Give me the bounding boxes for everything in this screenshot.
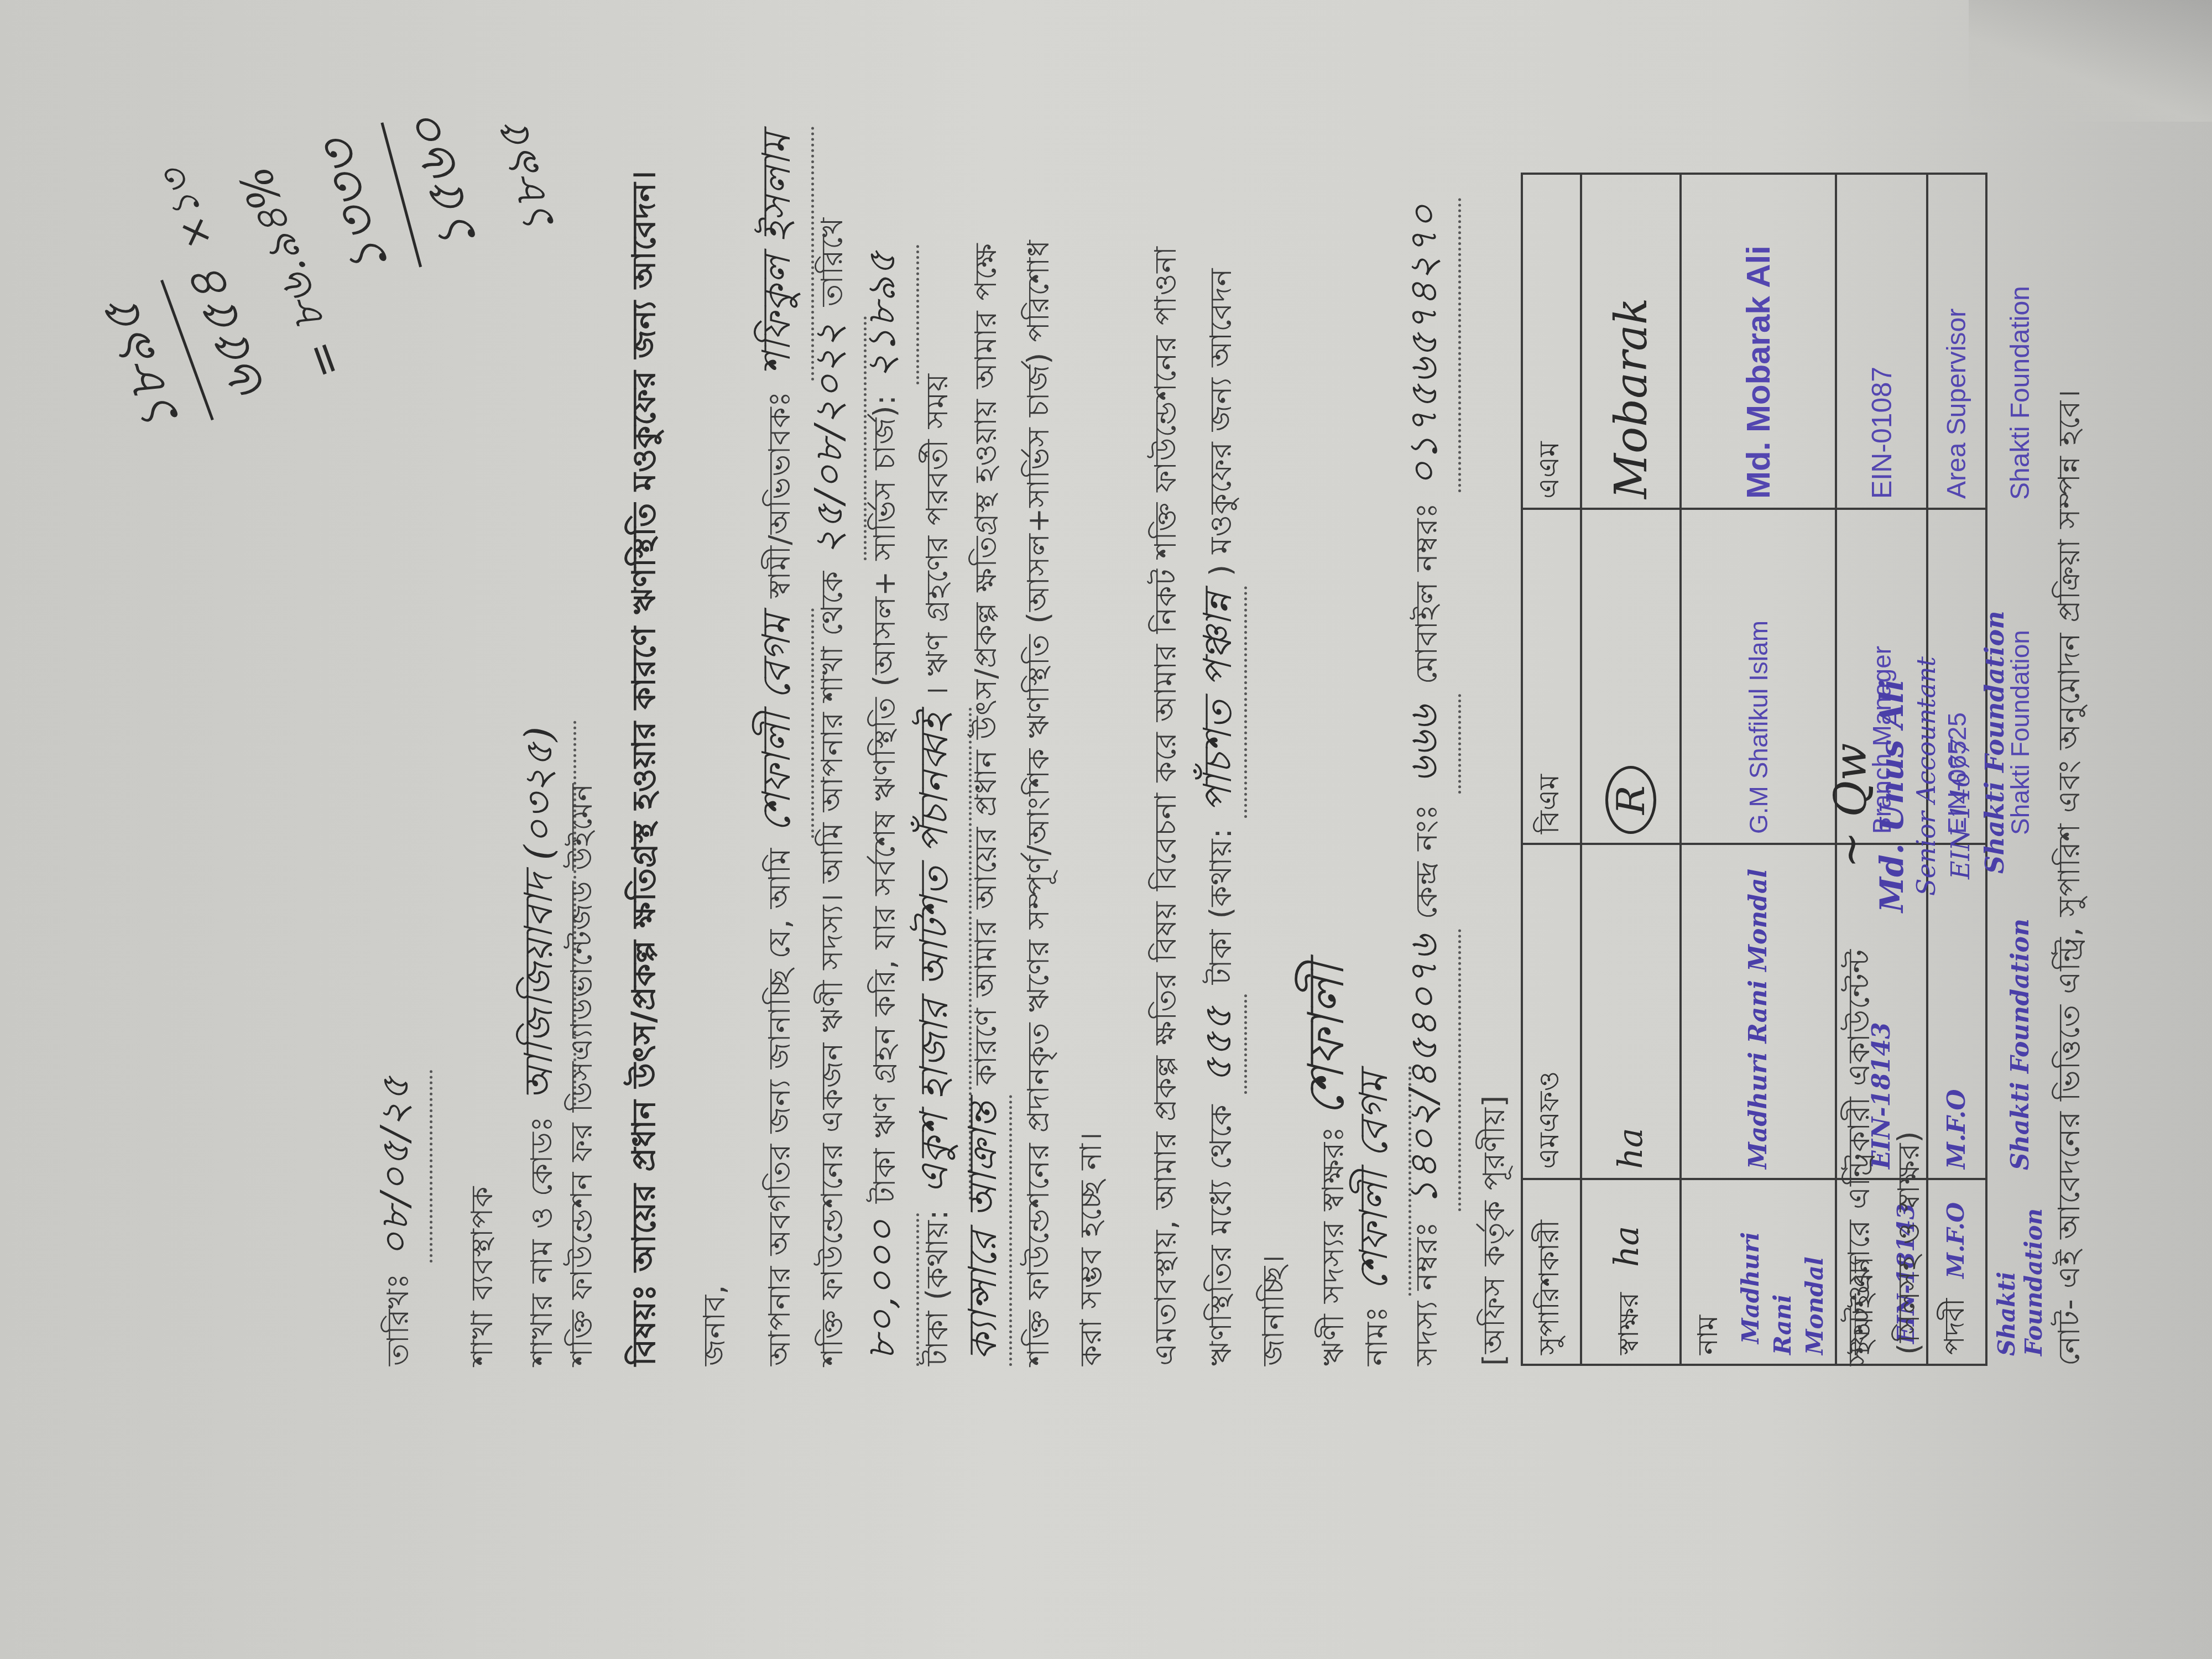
recommender-org: Shakti Foundation xyxy=(1986,1179,2053,1365)
para-text: টাকা ঋণ গ্রহন করি, যার সর্বশেষ ঋণস্থিতি … xyxy=(867,394,902,1203)
recommender-designation: M.F.O xyxy=(1942,1202,1969,1279)
accountant-name: Md. Unus Ali xyxy=(1875,611,1909,912)
accountant-org: Shakti Foundation xyxy=(1978,611,2012,912)
am-signature: Mobarak xyxy=(1581,174,1681,509)
center-label: কেন্দ্র নংঃ xyxy=(1409,804,1444,920)
header-bm: বিএম xyxy=(1522,509,1581,844)
accountant-sub-label: (সিলসহ ও স্বাক্ষর) xyxy=(1886,1130,1936,1355)
accountant-title: Senior Accountant xyxy=(1909,611,1943,912)
row-signature: স্বাক্ষর ha xyxy=(1581,1179,1681,1365)
center-no: ৬৬৬ xyxy=(1394,694,1461,794)
member-no: ১৪০২/৪৫৪০৭৬ xyxy=(1394,929,1461,1211)
recipient-title: শাখা ব্যবস্থাপক xyxy=(459,1186,509,1366)
office-use-label: [অফিস কর্তৃক পূরণীয়] xyxy=(1471,1095,1521,1366)
name-label: নামঃ xyxy=(1359,1306,1394,1366)
loan-waiver-application: ১৮৯৫৬৫৫৪ ×১৩ = ৮৬.৯৪% ১৩৩৩১৫৬০ ১৮৯৫ তারি… xyxy=(55,28,2157,1631)
accountant-label: সফটওয়্যারে এন্ট্রিকারী একাউন্টেন্ট xyxy=(1836,949,1886,1366)
para-text: তারিখে xyxy=(815,217,849,307)
waiver-in-words: পাঁচশত পঞ্চান্ন xyxy=(1192,586,1247,818)
table-header-row: সুপারিশকারী এমএফও বিএম এএম xyxy=(1522,174,1581,1365)
row-label: স্বাক্ষর xyxy=(1613,1292,1645,1355)
date-value: ০৮/০৫/২৫ xyxy=(365,1070,432,1262)
damage-cause: ক্যান্সারে আক্রান্ত xyxy=(957,1095,1012,1366)
organization-name: শক্তি ফাউন্ডেশন ফর ডিসএ্যাডভান্টেজড উইমে… xyxy=(559,783,608,1366)
am-designation: Area Supervisor xyxy=(1927,174,1986,509)
accountant-signature: ~ Qw xyxy=(1825,743,1876,868)
para-text: শক্তি ফাউন্ডেশনের একজন ঋণী সদস্য। আমি আপ… xyxy=(815,571,849,1366)
am-name: Md. Mobarak Ali xyxy=(1681,174,1836,509)
mobile-no: ০১৭৫৬৫৭৪২৭০ xyxy=(1394,198,1461,492)
mfo-signature: ha xyxy=(1581,844,1681,1179)
bm-signature-mark: R xyxy=(1605,766,1656,834)
member-no-label: সদস্য নম্বরঃ xyxy=(1409,1221,1444,1366)
date-row: তারিখঃ ০৮/০৫/২৫ xyxy=(365,1070,432,1366)
mfo-name: Madhuri Rani Mondal xyxy=(1681,844,1836,1179)
footer-note: নোট- এই আবেদনের ভিত্তিতে এন্ট্রি, সুপারি… xyxy=(2046,389,2096,1366)
recommender-name: Madhuri Rani Mondal xyxy=(1737,1232,1828,1355)
table-row: নাম Madhuri Rani Mondal Madhuri Rani Mon… xyxy=(1681,174,1836,1365)
mobile-label: মোবাইল নম্বরঃ xyxy=(1409,502,1444,684)
para-text: টাকা (কথায়: xyxy=(920,1209,954,1366)
row-label: পদবী xyxy=(1938,1298,1970,1355)
salutation: জনাব, xyxy=(691,1285,741,1366)
header-recommender: সুপারিশকারী xyxy=(1522,1179,1581,1365)
margin-calculation-2: ১৩৩৩১৫৬০ ১৮৯৫ xyxy=(295,80,580,290)
para-text: টাকা (কথায়: xyxy=(1203,828,1238,984)
para-text: । ঋণ গ্রহণের পরবর্তী সময় xyxy=(920,373,954,697)
para-text: স্বামী/অভিভাবকঃ xyxy=(762,391,797,598)
row-label: নাম xyxy=(1692,1315,1724,1355)
para2: এমতাবস্থায়, আমার প্রকল্প ক্ষতির বিষয় ব… xyxy=(1139,205,1300,1366)
subject: বিষয়ঃ আয়ের প্রধান উৎস/প্রকল্প ক্ষতিগ্র… xyxy=(619,170,673,1366)
header-mfo: এমএফও xyxy=(1522,844,1581,1179)
date-label: তারিখঃ xyxy=(380,1272,415,1366)
member-numbers-row: সদস্য নম্বরঃ ১৪০২/৪৫৪০৭৬ কেন্দ্র নংঃ ৬৬৬… xyxy=(1394,198,1461,1366)
accountant-stamp: Md. Unus Ali Senior Accountant EIN-14677… xyxy=(1875,611,2012,912)
branch-label: শাখার নাম ও কোডঃ xyxy=(524,1116,559,1366)
bm-signature: R xyxy=(1581,509,1681,844)
table-row: স্বাক্ষর ha ha R Mobarak xyxy=(1581,174,1681,1365)
para-text: আপনার অবগতির জন্য জানাচ্ছি যে, আমি xyxy=(762,848,797,1366)
waiver-amount: ৫৫৫ xyxy=(1192,994,1247,1094)
outstanding-balance: ২১৮৯৫ xyxy=(852,245,919,384)
am-ein: EIN-01087 xyxy=(1836,174,1927,509)
am-org: Shakti Foundation xyxy=(1986,174,2053,509)
bm-name: G.M Shafikul Islam xyxy=(1681,509,1836,844)
header-am: এএম xyxy=(1522,174,1581,509)
accountant-ein: EIN-14677 xyxy=(1943,611,1978,912)
recommender-signature: ha xyxy=(1608,1226,1646,1267)
row-name: নাম Madhuri Rani Mondal xyxy=(1681,1179,1836,1365)
para1-line5: ক্যান্সারে আক্রান্ত কারণে আমার আয়ের প্র… xyxy=(957,205,1117,1366)
row-designation: পদবী M.F.O xyxy=(1927,1179,1986,1365)
